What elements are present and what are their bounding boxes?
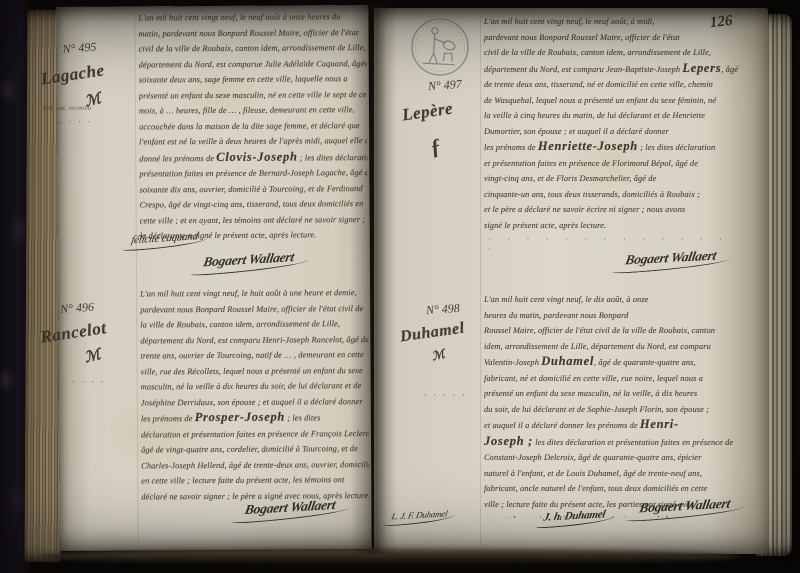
manuscript-line: donné les prénoms de Clovis-Joseph ; les… [139, 149, 367, 167]
manuscript-line: du soir, de lui déclarant et de Sophie-J… [484, 402, 768, 418]
manuscript-line: Constant-Joseph Delcroix, âgé de quarant… [484, 450, 768, 466]
emphasised-name: Henriette-Joseph [538, 139, 638, 153]
manuscript-line: L'an mil huit cent vingt neuf, le neuf a… [484, 14, 766, 30]
manuscript-line: les prénoms de Henriette-Joseph ; les di… [484, 139, 766, 156]
manuscript-line: accouchée dans la maison de la dite sage… [139, 118, 367, 135]
manuscript-line: Joséphine Derridaux, son épouse ; et auq… [141, 394, 369, 411]
manuscript-line: civil de la ville de Roubaix, canton ide… [484, 45, 766, 61]
manuscript-line: civil de la ville de Roubaix, canton ide… [139, 40, 367, 57]
manuscript-line: vingt-cinq ans, et de Floris Desmarcheli… [484, 171, 766, 187]
margin-dots: – · · · [57, 117, 93, 127]
manuscript-line: Dumortier, son épouse ; et auquel il a d… [484, 124, 766, 140]
act-number-497: N° 497 [428, 77, 463, 94]
margin-crease [480, 12, 481, 546]
manuscript-line: département du Nord, est comparue Julie … [139, 56, 367, 73]
manuscript-line: pardevant nous Bonpard Roussel Maire, of… [140, 301, 368, 318]
act-498-text: L'an mil huit cent vingt neuf, le dix ao… [484, 292, 768, 518]
manuscript-line: soixante dix ans, ouvrier, domicilié à T… [139, 181, 367, 198]
manuscript-line: âgé de vingt-quatre ans, cordelier, domi… [141, 441, 369, 458]
manuscript-line: présenté un enfant du sexe masculin, né … [484, 386, 768, 402]
manuscript-line: présenté un enfant du sexe masculin, né … [139, 87, 367, 104]
officer-signature: Bogaert Wallaert [638, 496, 731, 517]
manuscript-line: matin, pardevant nous Bonpard Roussel Ma… [138, 25, 366, 42]
manuscript-line: l'enfant est né la veille à deux heures … [139, 133, 367, 150]
manuscript-line: soixante deux ans, sage femme en cette v… [139, 71, 367, 88]
manuscript-line: L'an mil huit cent vingt neuf, le dix ao… [484, 292, 768, 308]
manuscript-line: département du Nord, est comparu Henri-J… [140, 332, 368, 349]
manuscript-line: déclaration et présentation faites en pr… [141, 426, 369, 443]
margin-name-duhamel: Duhamel [399, 320, 466, 347]
manuscript-line: mois, à … heures, fille de … , fileuse, … [139, 102, 367, 119]
register-photo: N° 495 Lagache ℳ Enf. nat. reconnu – · ·… [0, 0, 800, 573]
manuscript-line: en cette ville ; lecture faite du présen… [141, 472, 369, 489]
official-stamp-icon [406, 12, 473, 81]
manuscript-line: Valentin-Joseph Duhamel, âgé de quarante… [484, 354, 768, 371]
manuscript-line: département du Nord, est comparu Jean-Ba… [484, 61, 766, 78]
manuscript-line: ville, rue des Récollets, lequel nous a … [141, 363, 369, 380]
margin-paraph: ƒ [427, 133, 444, 161]
emphasised-name: Joseph ; [484, 434, 533, 448]
manuscript-line: cette ville ; et en ayant, les témoins o… [140, 212, 368, 229]
manuscript-line: et présentation faites en présence de Fl… [484, 156, 766, 172]
book-bottom-edge [40, 549, 740, 564]
manuscript-line: trente ans, ouvrier de Tourcoing, natif … [140, 347, 368, 364]
manuscript-line: L'an mil huit cent vingt neuf, le neuf a… [138, 9, 366, 26]
left-page: N° 495 Lagache ℳ Enf. nat. reconnu – · ·… [56, 5, 371, 551]
emphasised-name: Duhamel [541, 354, 594, 368]
manuscript-line: Charles-Joseph Hellend, âgé de trente-de… [141, 457, 369, 474]
manuscript-line: cinquante-un ans, tous deux tisserands, … [484, 187, 766, 203]
manuscript-line: heures du matin, pardevant nous Bonpard [484, 308, 768, 324]
manuscript-line: la veille à cinq heures du matin, de lui… [484, 108, 766, 124]
witness-signature-duhamel-1: L. J. F. Duhamel [391, 509, 448, 522]
manuscript-line: la ville de Roubaix, canton idem, arrond… [140, 316, 368, 333]
act-495-text: L'an mil huit cent vingt neuf, le neuf a… [138, 9, 367, 246]
witness-signature-duhamel-2: J. h. Duhamel [543, 508, 607, 523]
emphasised-name: Lepers [682, 61, 721, 75]
party-signature-caquand: félicité caquand [130, 230, 199, 246]
manuscript-line: Joseph ; les dites déclaration et présen… [484, 434, 768, 451]
emphasised-name: Prosper-Joseph [195, 410, 285, 425]
manuscript-line: de trente deux ans, tisserand, né et dom… [484, 77, 766, 93]
manuscript-line: les prénoms de Prosper-Joseph ; les dite… [141, 409, 369, 427]
act-number-498: N° 498 [426, 301, 461, 318]
right-page: 126 N° 497 Lepère ƒ L'an mil huit cent v… [374, 8, 768, 554]
manuscript-line: pardevant nous Bonpard Roussel Maire, of… [484, 30, 766, 46]
manuscript-line: de Wasquehal, lequel nous a présenté un … [484, 93, 766, 109]
manuscript-line: Crespo, âgé de vingt-cinq ans, tisserand… [140, 196, 368, 213]
manuscript-line: L'an mil huit cent vingt neuf, le huit a… [140, 285, 368, 302]
act-497-text: L'an mil huit cent vingt neuf, le neuf a… [484, 14, 766, 236]
margin-note-enfant-naturel: Enf. nat. reconnu [43, 105, 91, 112]
officer-signature: Bogaert Wallaert [202, 249, 295, 270]
margin-dots: · · · · · [63, 377, 106, 387]
manuscript-line: signé le présent acte, après lecture. [484, 218, 766, 234]
margin-name-lepere: Lepère [401, 99, 454, 126]
manuscript-line: et le père a déclaré ne savoir écrire ni… [484, 202, 766, 218]
margin-dots: · · · · · [424, 390, 467, 400]
margin-paraph: ℳ [82, 345, 102, 367]
manuscript-line: idem, arrondissement de Lille, départeme… [484, 339, 768, 355]
manuscript-line: naturel à l'enfant, et de Louis Duhamel,… [484, 466, 768, 482]
act-number-496: N° 496 [60, 300, 95, 318]
manuscript-line: masculin, né la veille à dix heures du s… [141, 378, 369, 395]
margin-paraph: ℳ [430, 347, 446, 365]
manuscript-line: Roussel Maire, officier de l'état civil … [484, 323, 768, 339]
act-number-495: N° 495 [62, 40, 97, 58]
emphasised-name: Henri- [640, 417, 679, 431]
manuscript-line: et auquel il a déclaré donner les prénom… [484, 417, 768, 434]
officer-signature: Bogaert Wallaert [624, 248, 717, 269]
emphasised-name: Clovis-Joseph [216, 149, 297, 163]
manuscript-line: présentation faites en présence de Berna… [139, 165, 367, 182]
manuscript-line: fabricant, né et domicilié en cette vill… [484, 371, 768, 387]
act-496-text: L'an mil huit cent vingt neuf, le huit a… [140, 285, 369, 504]
manuscript-line: fabricant, oncle naturel de l'enfant, to… [484, 481, 768, 497]
